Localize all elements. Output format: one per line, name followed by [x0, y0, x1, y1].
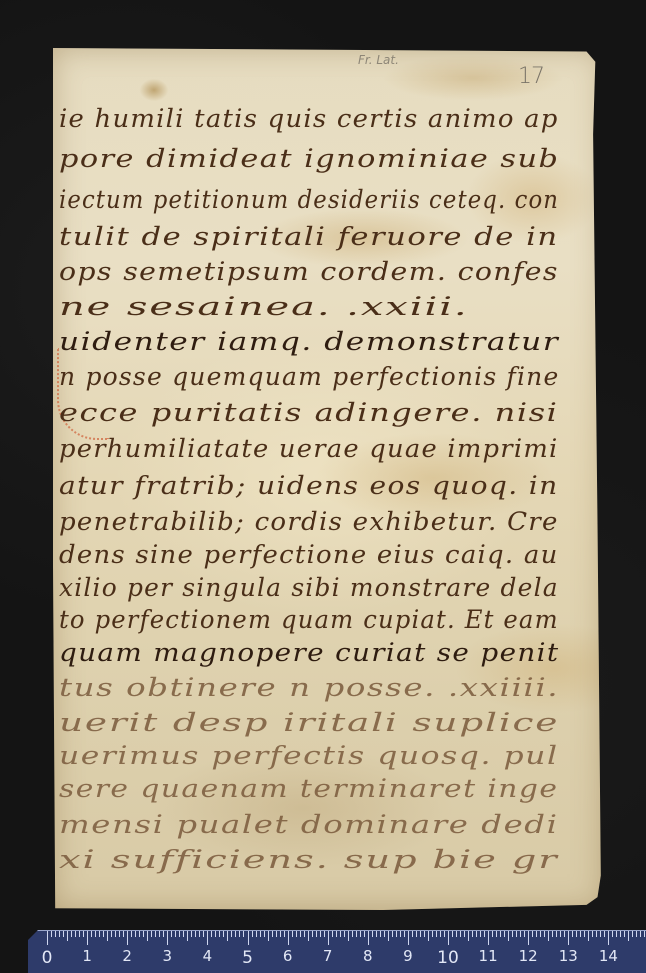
ruler-tick: [388, 931, 389, 941]
ruler-tick: [548, 931, 549, 941]
manuscript-line: mensi pualet dominare dedi: [59, 810, 559, 839]
ruler-tick: [356, 931, 357, 937]
ruler-tick: [524, 931, 525, 937]
ruler-tick: [187, 931, 188, 941]
ruler-tick: [344, 931, 345, 937]
folio-number: 17: [518, 64, 544, 89]
ruler-tick: [564, 931, 565, 937]
ruler-tick: [227, 931, 228, 941]
ruler-tick: [175, 931, 176, 937]
ruler-tick: [276, 931, 277, 937]
ruler-tick: [219, 931, 220, 937]
ruler-tick: [604, 931, 605, 937]
ruler-label: 12: [519, 947, 538, 965]
manuscript-line: dens sine perfectione eius caiq. au: [59, 540, 559, 569]
ruler-tick: [292, 931, 293, 937]
ruler-tick: [620, 931, 621, 937]
ruler-tick: [364, 931, 365, 937]
ruler-tick: [79, 931, 80, 937]
ruler-tick: [131, 931, 132, 937]
manuscript-line: n posse quemquam perfectionis fine: [59, 362, 559, 391]
ruler-tick: [420, 931, 421, 937]
ruler-tick: [336, 931, 337, 937]
ruler-tick: [352, 931, 353, 937]
ruler-tick: [47, 931, 48, 945]
ruler-tick: [320, 931, 321, 937]
ruler-tick: [280, 931, 281, 937]
manuscript-line: uidenter iamq. demonstratur: [59, 327, 559, 356]
ruler-tick: [215, 931, 216, 937]
ruler-tick: [235, 931, 236, 937]
ruler-tick: [55, 931, 56, 937]
ruler-tick: [143, 931, 144, 937]
ruler-label: 13: [559, 947, 578, 965]
ruler-tick: [163, 931, 164, 937]
ruler-tick: [51, 931, 52, 937]
manuscript-line: uerimus perfectis quosq. pul: [59, 741, 559, 770]
ruler-tick: [444, 931, 445, 937]
ruler-tick: [71, 931, 72, 937]
ruler-tick: [396, 931, 397, 937]
ruler-tick: [440, 931, 441, 937]
ruler-tick: [556, 931, 557, 937]
ruler-tick: [95, 931, 96, 937]
ruler-tick: [239, 931, 240, 937]
ruler-tick: [203, 931, 204, 937]
manuscript-line: ne sesainea. .xxiii.: [59, 292, 469, 321]
ruler-tick: [536, 931, 537, 937]
ruler-tick: [63, 931, 64, 937]
manuscript-line: atur fratrib; uidens eos quoq. in: [59, 471, 559, 500]
ruler-tick: [484, 931, 485, 937]
ruler-tick: [308, 931, 309, 941]
ruler-tick: [452, 931, 453, 937]
ruler-tick: [596, 931, 597, 937]
manuscript-line: perhumiliatate uerae quae imprimi: [59, 434, 558, 463]
ruler-tick: [456, 931, 457, 937]
ruler-label: 8: [363, 947, 373, 965]
manuscript-line: sere quaenam terminaret inge: [59, 774, 558, 803]
ruler-tick: [272, 931, 273, 937]
ruler-tick: [207, 931, 208, 945]
ruler-label: 1: [82, 947, 92, 965]
ruler-tick: [488, 931, 489, 945]
ruler-label: 3: [163, 947, 173, 965]
ruler-tick: [75, 931, 76, 937]
ruler-tick: [87, 931, 88, 945]
ruler-tick: [260, 931, 261, 937]
ruler-tick: [340, 931, 341, 937]
ruler-tick: [408, 931, 409, 945]
ruler-label: 5: [242, 948, 253, 968]
manuscript-line: penetrabilib; cordis exhibetur. Cre: [59, 507, 559, 536]
ruler-tick: [99, 931, 100, 937]
ruler-tick: [312, 931, 313, 937]
ruler-tick: [504, 931, 505, 937]
ruler-tick: [248, 931, 249, 945]
ruler-tick: [540, 931, 541, 937]
ruler-tick: [632, 931, 633, 937]
manuscript-line: uerit desp iritali suplice: [59, 708, 559, 737]
ruler-tick: [380, 931, 381, 937]
manuscript-line: iectum petitionum desideriis ceteq. con: [59, 185, 559, 214]
manuscript-line: xi sufficiens. sup bie gr: [59, 845, 558, 874]
ruler-tick: [616, 931, 617, 937]
manuscript-line: ecce puritatis adingere. nisi: [59, 398, 558, 427]
ruler-tick: [640, 931, 641, 937]
ruler-tick: [460, 931, 461, 937]
ruler-tick: [472, 931, 473, 937]
ruler-tick: [83, 931, 84, 937]
ruler-tick: [195, 931, 196, 937]
ruler-tick: [360, 931, 361, 937]
ruler-tick: [592, 931, 593, 937]
ruler-tick: [412, 931, 413, 937]
ruler-tick: [243, 931, 244, 937]
ruler-tick: [316, 931, 317, 937]
ruler-tick: [384, 931, 385, 937]
ruler-tick: [552, 931, 553, 937]
ruler-tick: [284, 931, 285, 937]
ruler-tick: [424, 931, 425, 937]
ruler-label: 11: [479, 947, 498, 965]
ruler-label: 9: [403, 947, 413, 965]
ruler-tick: [231, 931, 232, 937]
ruler-tick: [324, 931, 325, 937]
ruler-tick: [115, 931, 116, 937]
ruler-label: 14: [599, 947, 618, 965]
ruler-tick: [512, 931, 513, 937]
ruler-tick: [288, 931, 289, 945]
ruler-tick: [496, 931, 497, 937]
ruler-tick: [584, 931, 585, 937]
ruler-tick: [268, 931, 269, 941]
ruler-tick: [528, 931, 529, 945]
ruler-tick: [480, 931, 481, 937]
pencil-shelfmark: Fr. Lat.: [358, 53, 399, 67]
ruler-label: 2: [122, 947, 132, 965]
ruler-tick: [256, 931, 257, 937]
ruler-tick: [127, 931, 128, 945]
manuscript-line: xilio per singula sibi monstrare dela: [59, 573, 559, 602]
ruler-tick: [376, 931, 377, 937]
ruler-label: 10: [437, 948, 459, 968]
manuscript-line: tulit de spiritali feruore de in: [59, 222, 559, 251]
ruler-tick: [448, 931, 449, 945]
ruler-tick: [171, 931, 172, 937]
ruler-tick: [111, 931, 112, 937]
ruler-tick: [612, 931, 613, 937]
ruler-tick: [400, 931, 401, 937]
manuscript-leaf: Fr. Lat. 17 ie humili tatis quis certis …: [53, 48, 603, 910]
ruler-tick: [296, 931, 297, 937]
ruler-tick: [416, 931, 417, 937]
ruler-tick: [628, 931, 629, 941]
ruler-tick: [332, 931, 333, 937]
ruler-tick: [147, 931, 148, 941]
scale-ruler: 01234567891011121314: [28, 930, 646, 973]
ruler-tick: [103, 931, 104, 937]
ruler-tick: [155, 931, 156, 937]
ruler-label: 4: [203, 947, 213, 965]
ruler-tick: [139, 931, 140, 937]
ruler-tick: [508, 931, 509, 941]
ruler-tick: [67, 931, 68, 941]
ruler-tick: [576, 931, 577, 937]
ruler-tick: [436, 931, 437, 937]
ruler-tick: [544, 931, 545, 937]
manuscript-line: tus obtinere n posse. .xxiiii.: [59, 673, 559, 702]
ruler-tick: [91, 931, 92, 937]
ruler-tick: [476, 931, 477, 937]
ruler-label: 0: [42, 948, 53, 968]
manuscript-line: quam magnopere curiat se penit: [59, 638, 559, 667]
ruler-tick: [348, 931, 349, 941]
ruler-tick: [211, 931, 212, 937]
ruler-tick: [532, 931, 533, 937]
ruler-tick: [167, 931, 168, 945]
ruler-tick: [468, 931, 469, 941]
ruler-tick: [135, 931, 136, 937]
ruler-tick: [588, 931, 589, 941]
ruler-tick: [119, 931, 120, 937]
ruler-tick: [428, 931, 429, 941]
manuscript-line: to perfectionem quam cupiat. Et eam: [59, 605, 559, 634]
manuscript-line: pore dimideat ignominiae sub: [59, 144, 559, 173]
ruler-tick: [368, 931, 369, 945]
manuscript-line: ie humili tatis quis certis animo ap: [59, 104, 559, 133]
ruler-tick: [264, 931, 265, 937]
ruler-tick: [644, 931, 645, 937]
ruler-tick: [636, 931, 637, 937]
ruler-tick: [372, 931, 373, 937]
ruler-tick: [199, 931, 200, 937]
ruler-tick: [500, 931, 501, 937]
ruler-tick: [223, 931, 224, 937]
ruler-tick: [520, 931, 521, 937]
ruler-tick: [328, 931, 329, 945]
ruler-tick: [580, 931, 581, 937]
ruler-tick: [392, 931, 393, 937]
ruler-tick: [151, 931, 152, 937]
ruler-tick: [123, 931, 124, 937]
ruler-tick: [159, 931, 160, 937]
ruler-tick: [183, 931, 184, 937]
ruler-tick: [464, 931, 465, 937]
ruler-tick: [572, 931, 573, 937]
ruler-tick: [516, 931, 517, 937]
ruler-tick: [404, 931, 405, 937]
ruler-tick: [107, 931, 108, 941]
ruler-tick: [560, 931, 561, 937]
ruler-tick: [568, 931, 569, 945]
ruler-tick: [304, 931, 305, 937]
ruler-label: 6: [283, 947, 293, 965]
ruler-tick: [59, 931, 60, 937]
ruler-label: 7: [323, 947, 333, 965]
ruler-tick: [492, 931, 493, 937]
manuscript-line: ops semetipsum cordem. confes: [59, 257, 559, 286]
ruler-tick: [252, 931, 253, 937]
ruler-tick: [624, 931, 625, 937]
ruler-tick: [300, 931, 301, 937]
ruler-tick: [179, 931, 180, 937]
ruler-tick: [600, 931, 601, 937]
ruler-tick: [608, 931, 609, 945]
ruler-tick: [191, 931, 192, 937]
ruler-tick: [432, 931, 433, 937]
